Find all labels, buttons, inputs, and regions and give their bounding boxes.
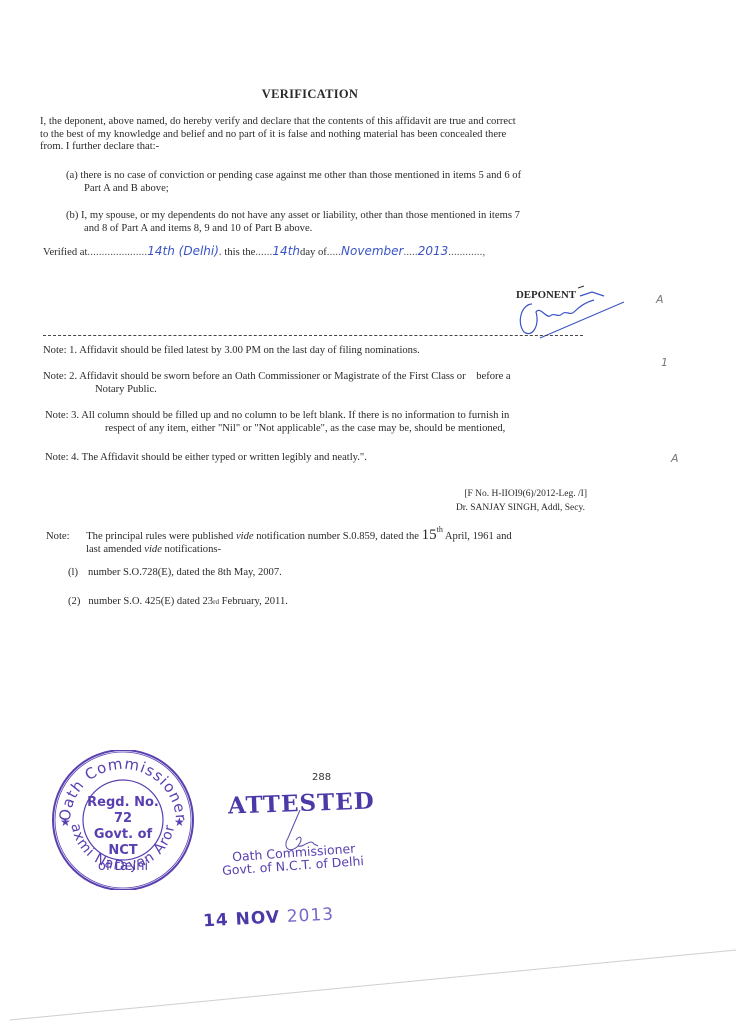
note-text: The principal rules were published	[86, 531, 236, 542]
verified-at-label: Verified at	[43, 247, 87, 258]
principal-rules-note: Note: The principal rules were published…	[46, 524, 512, 556]
note-4: Note: 4. The Affidavit should be either …	[45, 452, 367, 465]
declaration-text: Part A and B above;	[66, 183, 521, 196]
note-text: vide	[144, 544, 162, 555]
seal-center: Regd. No. 72 Govt. of NCT of Delhi	[83, 795, 163, 875]
amendment-marker: (l)	[68, 567, 78, 578]
note-1: Note: 1. Affidavit should be filed lates…	[43, 345, 420, 358]
note-prefix: Note: 4.	[45, 452, 79, 463]
note-text: All column should be filled up and no co…	[81, 410, 509, 421]
declaration-text: I, my spouse, or my dependents do not ha…	[81, 210, 520, 221]
margin-mark: A	[656, 293, 664, 306]
scan-edge-line	[0, 940, 744, 1024]
document-title: VERIFICATION	[0, 87, 620, 102]
margin-mark: A	[671, 452, 679, 465]
signatory: Dr. SANJAY SINGH, Addl, Secy.	[380, 502, 585, 515]
this-the-label: this the	[224, 247, 255, 258]
note-prefix: Note:	[46, 531, 70, 542]
note-text: notifications-	[162, 544, 221, 555]
declaration-b: (b) I, my spouse, or my dependents do no…	[66, 210, 520, 235]
deponent-signature	[510, 282, 630, 342]
note-text: April, 1961 and	[443, 531, 512, 542]
date-stamp: 14 NOV 2013	[203, 905, 335, 932]
note-2: Note: 2. Affidavit should be sworn befor…	[43, 371, 511, 396]
declaration-text: there is no case of conviction or pendin…	[80, 170, 521, 181]
verified-place-field: 14th (Delhi)	[147, 244, 219, 258]
separator-line	[43, 335, 583, 336]
declaration-marker: (b)	[66, 210, 78, 221]
verification-paragraph: I, the deponent, above named, do hereby …	[40, 116, 516, 154]
file-reference: [F No. H-IIOI9(6)/2012-Leg. /I]	[380, 488, 587, 501]
declaration-marker: (a)	[66, 170, 78, 181]
margin-mark: 1	[661, 356, 668, 369]
oath-commissioner-seal: Oath Commissioner Laxmi Narayan Arora ★ …	[50, 750, 196, 890]
svg-text:★: ★	[174, 815, 185, 829]
date-stamp-day-month: 14 NOV	[203, 907, 281, 931]
note-prefix: Note: 3.	[45, 410, 79, 421]
intro-line: from. I further declare that:-	[40, 141, 516, 154]
note-text: respect of any item, either "Nil" or "No…	[45, 423, 509, 436]
declaration-a: (a) there is no case of conviction or pe…	[66, 170, 521, 195]
seal-center-line: Regd. No. 72	[83, 795, 163, 827]
verified-line: Verified at.....................14th (De…	[43, 245, 485, 260]
declaration-text: and 8 of Part A and items 8, 9 and 10 of…	[66, 223, 520, 236]
note-text: Notary Public.	[43, 384, 511, 397]
seal-center-line: Govt. of NCT	[83, 827, 163, 859]
amendment-text: February, 2011.	[219, 596, 288, 607]
note-prefix: Note: 2.	[43, 371, 77, 382]
note-text: notification number S.0.859, dated the	[254, 531, 422, 542]
amendment-text: number S.O. 425(E) dated 23	[88, 596, 213, 607]
note-text: Affidavit should be sworn before an Oath…	[79, 371, 510, 382]
intro-line: I, the deponent, above named, do hereby …	[40, 116, 516, 129]
note-3: Note: 3. All column should be filled up …	[45, 410, 509, 435]
seal-center-line: of Delhi	[83, 859, 163, 875]
date-stamp-year: 2013	[286, 905, 334, 927]
amendment-2: (2)number S.O. 425(E) dated 23rd Februar…	[68, 596, 288, 609]
intro-line: to the best of my knowledge and belief a…	[40, 129, 516, 142]
verified-month-field: November	[341, 244, 403, 258]
verified-year-field: 2013	[418, 244, 449, 258]
note-text: The Affidavit should be either typed or …	[82, 452, 367, 463]
note-text: last amended	[86, 544, 144, 555]
day-of-label: day of	[300, 247, 327, 258]
note-text: 15	[422, 527, 437, 543]
svg-text:★: ★	[60, 815, 71, 829]
note-prefix: Note: 1.	[43, 345, 77, 356]
note-text: vide	[236, 531, 254, 542]
verified-day-field: 14th	[272, 244, 300, 258]
amendment-marker: (2)	[68, 596, 80, 607]
page-number: 288	[312, 772, 331, 783]
amendment-1: (l)number S.O.728(E), dated the 8th May,…	[68, 567, 282, 580]
amendment-text: number S.O.728(E), dated the 8th May, 20…	[88, 567, 282, 578]
note-text: Affidavit should be filed latest by 3.00…	[79, 345, 420, 356]
